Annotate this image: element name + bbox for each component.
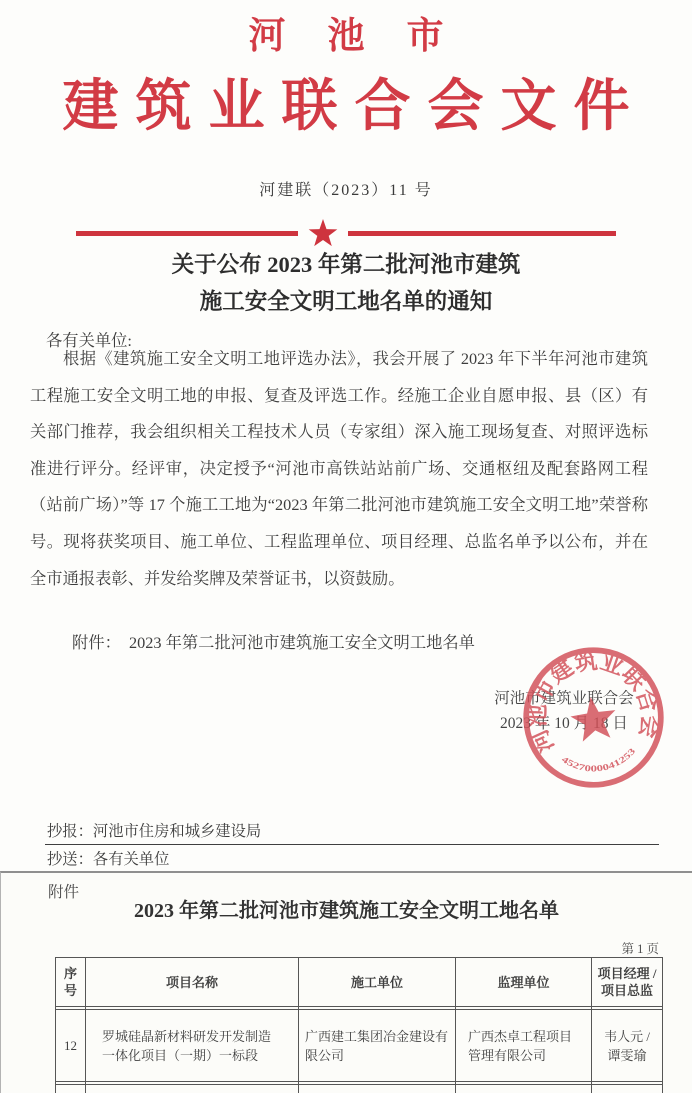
attachment-note: 附件： 2023 年第二批河池市建筑施工安全文明工地名单: [30, 629, 475, 653]
cc-send-row: 抄送：各有关单位: [45, 845, 659, 873]
cc-send-value: 各有关单位: [93, 851, 170, 868]
body-paragraph: 根据《建筑施工安全文明工地评选办法》，我会开展了 2023 年下半年河池市建筑工…: [30, 341, 648, 597]
table-row-partial: [56, 1085, 663, 1093]
divider-rule-left: [76, 231, 298, 236]
header-construction-unit: 施工单位: [299, 958, 456, 1007]
seal-star-icon: [568, 694, 619, 743]
star-icon: [308, 218, 338, 248]
header-serial-number: 序号: [56, 958, 86, 1007]
document-number: 河建联（2023）11 号: [0, 177, 692, 200]
header-supervision-unit: 监理单位: [456, 958, 592, 1007]
document-title: 关于公布 2023 年第二批河池市建筑 施工安全文明工地名单的通知: [0, 246, 692, 320]
cc-report-value: 河池市住房和城乡建设局: [93, 823, 261, 840]
cell-supervision-unit: 广西杰卓工程项目管理有限公司: [456, 1010, 592, 1082]
cell-manager-director: 韦人元 / 谭雯瑜: [592, 1010, 663, 1082]
attachment-page: 附件 2023 年第二批河池市建筑施工安全文明工地名单 第 1 页 序号 项目名…: [0, 871, 692, 1093]
org-name-main: 建筑业联合会文件: [0, 62, 692, 142]
header-manager-director: 项目经理 / 项目总监: [592, 958, 663, 1007]
cell-project-name: 罗城硅晶新材料研发开发制造一体化项目（一期）一标段: [86, 1010, 299, 1082]
org-name-short: 河池市: [0, 5, 692, 59]
cc-send-label: 抄送：: [47, 851, 93, 868]
cc-report-row: 抄报：河池市住房和城乡建设局: [45, 817, 659, 845]
header-project-name: 项目名称: [86, 958, 299, 1007]
page-indicator: 第 1 页: [621, 939, 659, 957]
cc-block: 抄报：河池市住房和城乡建设局 抄送：各有关单位: [45, 817, 659, 873]
attachment-table-title: 2023 年第二批河池市建筑施工安全文明工地名单: [1, 894, 692, 923]
cell-construction-unit: 广西建工集团冶金建设有限公司: [299, 1010, 456, 1082]
red-divider: [76, 220, 616, 246]
scanned-document: 河池市 建筑业联合会文件 河建联（2023）11 号 关于公布 2023 年第二…: [0, 0, 692, 1093]
table-row: 12 罗城硅晶新材料研发开发制造一体化项目（一期）一标段 广西建工集团冶金建设有…: [56, 1010, 663, 1082]
cc-report-label: 抄报：: [47, 823, 93, 840]
document-title-line2: 施工安全文明工地名单的通知: [0, 283, 692, 320]
award-table: 序号 项目名称 施工单位 监理单位 项目经理 / 项目总监 12 罗城硅晶新材料…: [55, 957, 663, 1093]
table-header-row: 序号 项目名称 施工单位 监理单位 项目经理 / 项目总监: [56, 958, 663, 1007]
document-title-line1: 关于公布 2023 年第二批河池市建筑: [0, 246, 692, 283]
official-seal: 河池市建筑业联合会 4527000041253: [512, 636, 676, 800]
divider-rule-right: [348, 231, 616, 236]
cell-serial-number: 12: [56, 1010, 86, 1082]
